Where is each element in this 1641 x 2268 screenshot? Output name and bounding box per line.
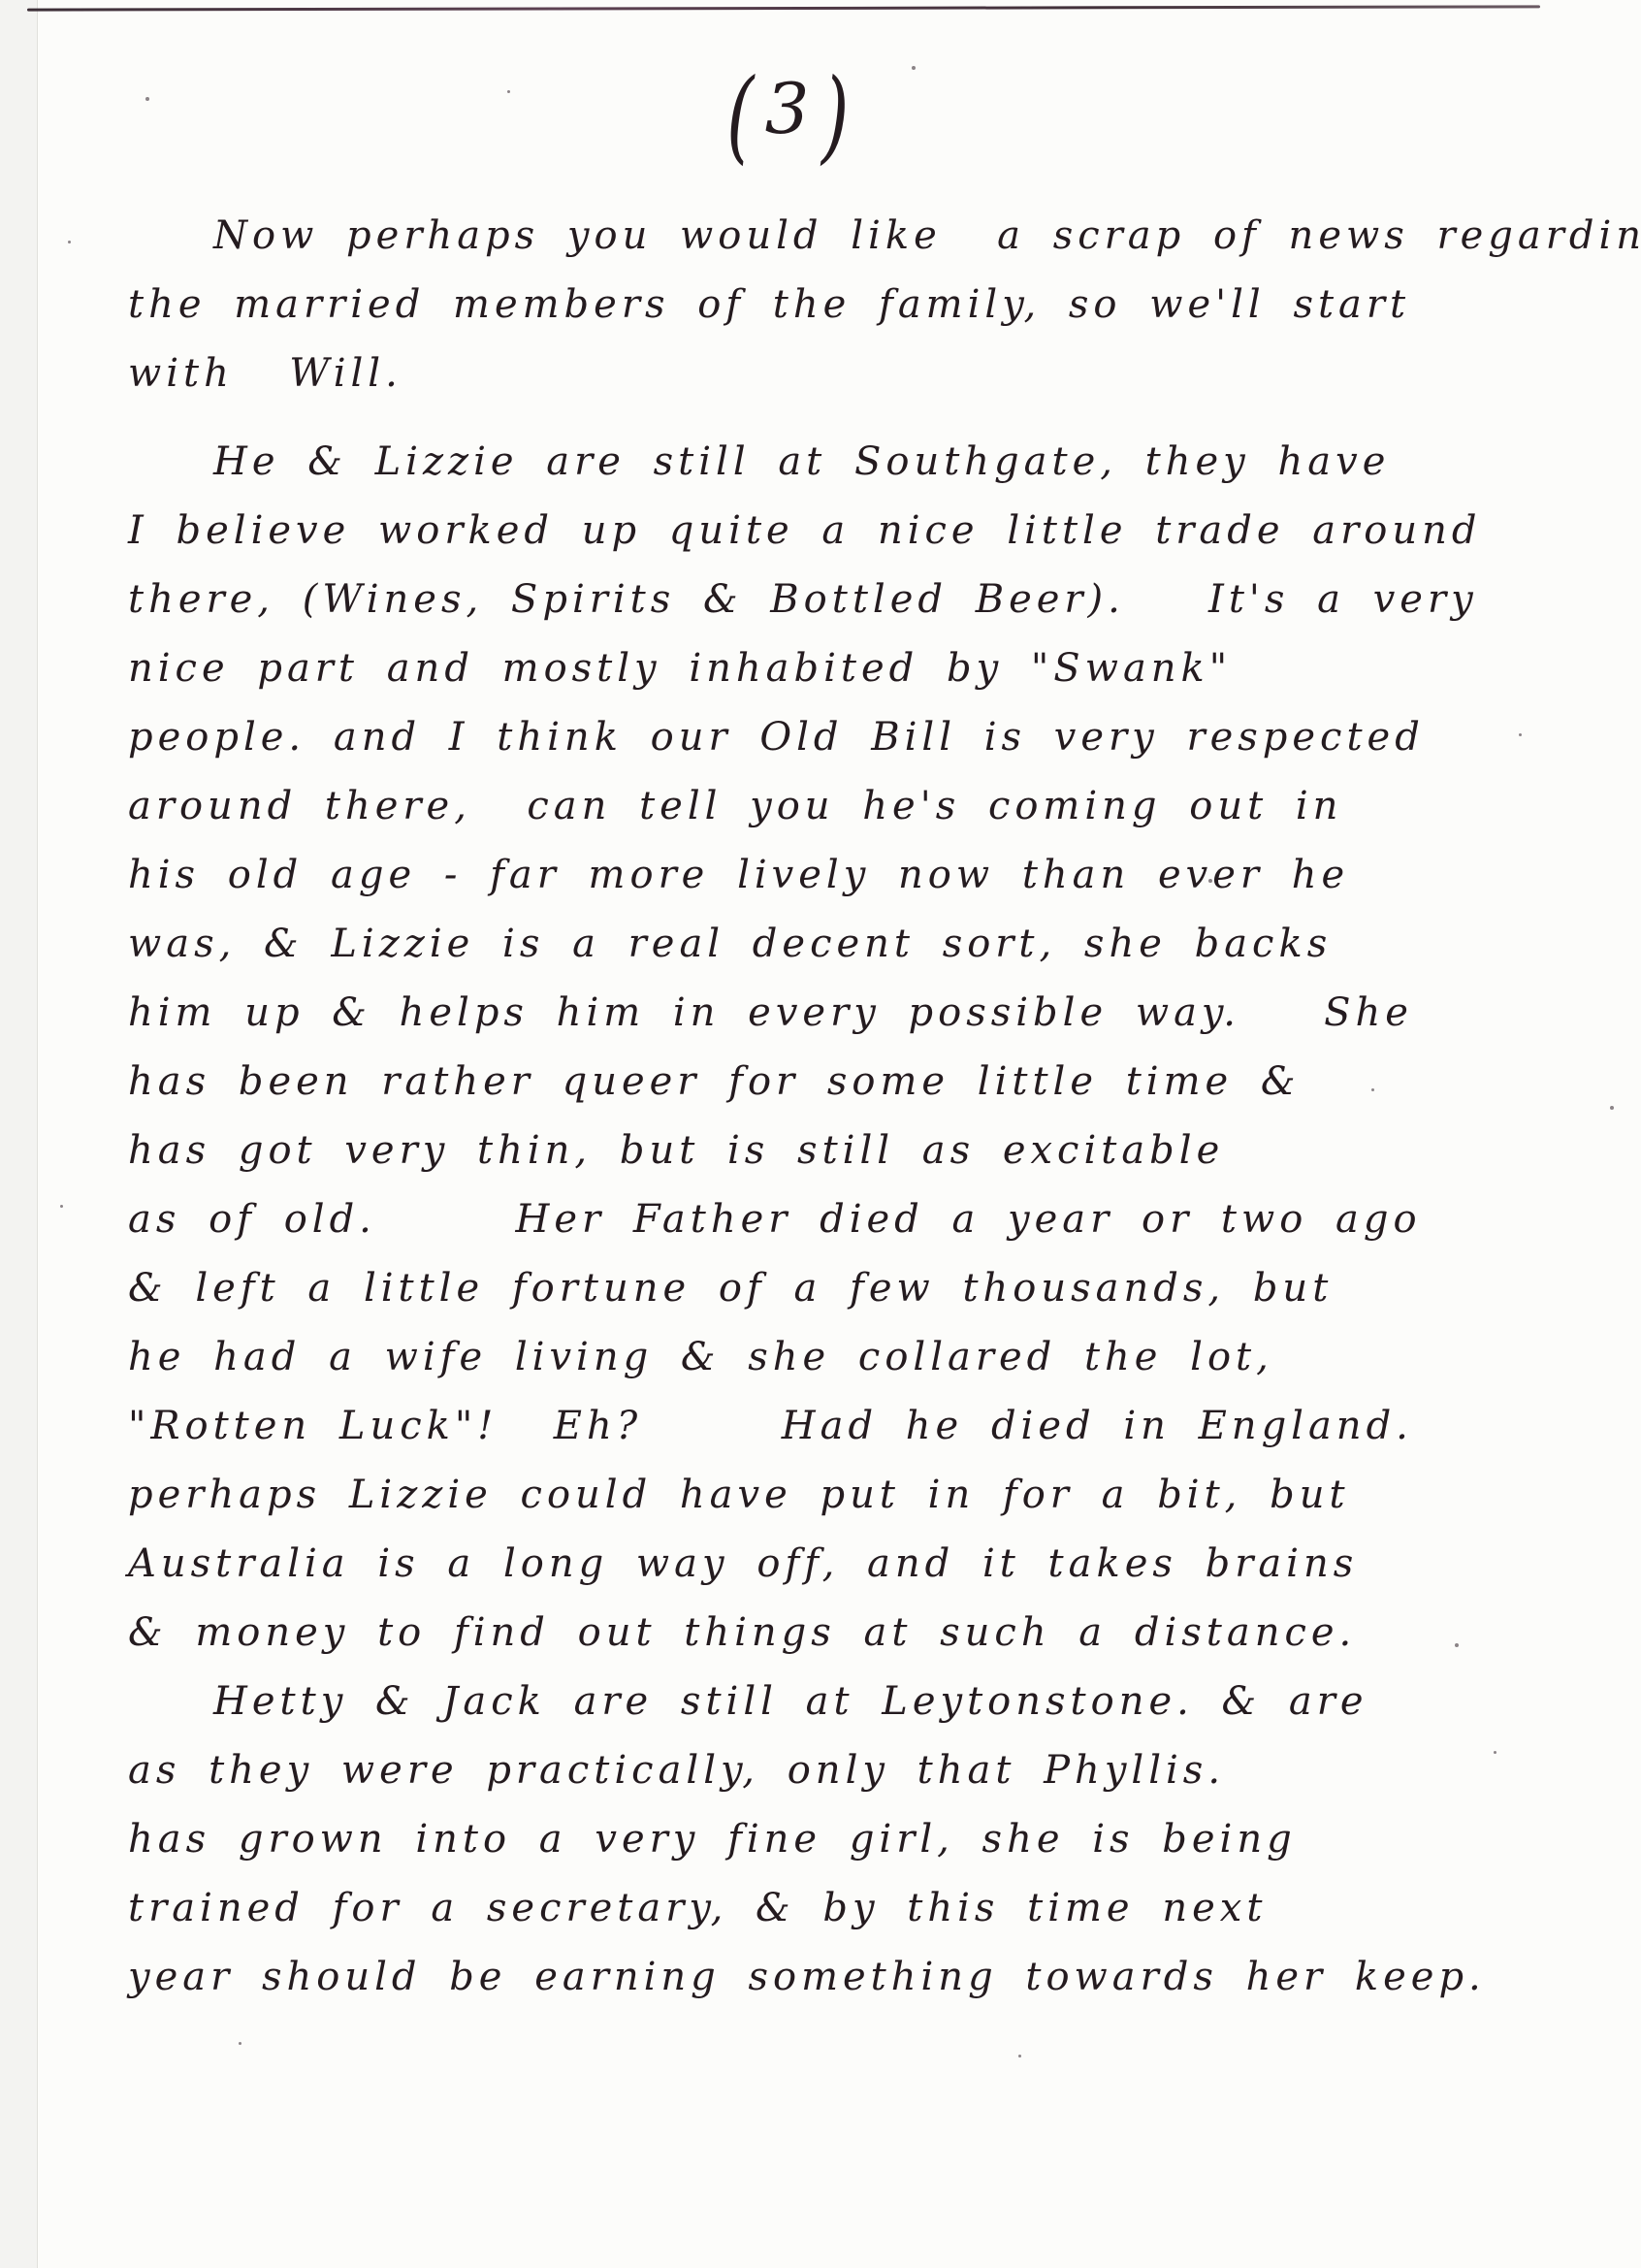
- handwriting-line: trained for a secretary, & by this time …: [128, 1874, 1544, 1943]
- scan-speckle: [1610, 1106, 1614, 1110]
- handwriting-line: with Will.: [128, 340, 1544, 408]
- handwriting-line-text: the married members of the family, so we…: [128, 282, 1410, 327]
- handwriting-line: & money to find out things at such a dis…: [128, 1599, 1544, 1668]
- handwriting-line-text: perhaps Lizzie could have put in for a b…: [128, 1473, 1350, 1517]
- handwriting-line: the married members of the family, so we…: [128, 271, 1544, 340]
- scan-speckle: [60, 1205, 63, 1208]
- handwriting-line: has been rather queer for some little ti…: [128, 1048, 1544, 1117]
- handwriting-line-text: he had a wife living & she collared the …: [128, 1335, 1273, 1379]
- handwriting-line-text: his old age - far more lively now than e…: [128, 853, 1349, 897]
- handwriting-line: I believe worked up quite a nice little …: [128, 497, 1544, 566]
- handwriting-line-text: has grown into a very fine girl, she is …: [128, 1817, 1297, 1862]
- handwriting-line: year should be earning something towards…: [128, 1943, 1544, 2012]
- scan-speckle: [239, 2042, 241, 2045]
- scan-speckle: [1208, 879, 1212, 883]
- scan-speckle: [1018, 2055, 1021, 2057]
- handwriting-line: as they were practically, only that Phyl…: [128, 1736, 1544, 1805]
- scan-speckle: [68, 241, 71, 243]
- handwriting-line: as of old. Her Father died a year or two…: [128, 1185, 1544, 1254]
- page-number: (3): [720, 56, 860, 175]
- handwriting-line: there, (Wines, Spirits & Bottled Beer). …: [128, 566, 1544, 634]
- handwriting-line-text: trained for a secretary, & by this time …: [128, 1886, 1267, 1930]
- handwriting-line-text: & money to find out things at such a dis…: [128, 1610, 1356, 1655]
- handwriting-line: "Rotten Luck"! Eh? Had he died in Englan…: [128, 1392, 1544, 1461]
- scan-speckle: [1494, 1751, 1496, 1754]
- handwriting-line: has grown into a very fine girl, she is …: [128, 1805, 1544, 1874]
- handwriting-line-text: was, & Lizzie is a real decent sort, she…: [128, 922, 1332, 966]
- handwriting-line-text: people. and I think our Old Bill is very…: [128, 715, 1425, 760]
- handwriting-line: has got very thin, but is still as excit…: [128, 1117, 1544, 1185]
- handwriting-line: Hetty & Jack are still at Leytonstone. &…: [128, 1668, 1544, 1736]
- handwriting-line: he had a wife living & she collared the …: [128, 1323, 1544, 1392]
- handwriting-line: & left a little fortune of a few thousan…: [128, 1254, 1544, 1323]
- handwriting-line: around there, can tell you he's coming o…: [128, 772, 1544, 841]
- page-number-value: 3: [765, 68, 816, 149]
- scan-speckle: [145, 97, 149, 101]
- handwriting-line-text: year should be earning something towards…: [128, 1955, 1486, 1999]
- handwriting-line: nice part and mostly inhabited by "Swank…: [128, 634, 1544, 703]
- handwriting-line-text: him up & helps him in every possible way…: [128, 990, 1413, 1035]
- handwriting-line-text: around there, can tell you he's coming o…: [128, 784, 1342, 828]
- handwriting-line: perhaps Lizzie could have put in for a b…: [128, 1461, 1544, 1530]
- handwriting-line-text: with Will.: [128, 351, 402, 396]
- handwriting-line-text: has been rather queer for some little ti…: [128, 1059, 1301, 1104]
- letter-body: Now perhaps you would like a scrap of ne…: [128, 202, 1544, 2012]
- scan-speckle: [1519, 733, 1522, 736]
- scanned-letter-page: (3) Now perhaps you would like a scrap o…: [0, 0, 1641, 2268]
- handwriting-line-text: as they were practically, only that Phyl…: [128, 1748, 1225, 1793]
- handwriting-line-text: Australia is a long way off, and it take…: [128, 1541, 1358, 1586]
- handwriting-line-text: nice part and mostly inhabited by "Swank…: [128, 646, 1232, 691]
- handwriting-line-text: & left a little fortune of a few thousan…: [128, 1266, 1333, 1311]
- scan-speckle: [912, 66, 916, 70]
- scan-speckle: [1371, 1088, 1374, 1091]
- handwriting-line-text: as of old. Her Father died a year or two…: [128, 1197, 1422, 1242]
- handwriting-line: him up & helps him in every possible way…: [128, 979, 1544, 1048]
- handwriting-line-text: has got very thin, but is still as excit…: [128, 1128, 1224, 1173]
- handwriting-line: was, & Lizzie is a real decent sort, she…: [128, 910, 1544, 979]
- page-number-close-paren: ): [821, 56, 853, 175]
- handwriting-line: He & Lizzie are still at Southgate, they…: [128, 428, 1544, 497]
- handwriting-line-text: I believe worked up quite a nice little …: [128, 508, 1481, 553]
- handwriting-line: his old age - far more lively now than e…: [128, 841, 1544, 910]
- handwriting-line-text: Now perhaps you would like a scrap of ne…: [213, 213, 1641, 258]
- handwriting-line-text: He & Lizzie are still at Southgate, they…: [213, 439, 1390, 484]
- scan-speckle: [507, 90, 510, 93]
- page-number-open-paren: (: [726, 56, 758, 175]
- scan-speckle: [1455, 1643, 1459, 1647]
- handwriting-line-text: "Rotten Luck"! Eh? Had he died in Englan…: [128, 1404, 1413, 1448]
- handwriting-line: people. and I think our Old Bill is very…: [128, 703, 1544, 772]
- handwriting-line: Australia is a long way off, and it take…: [128, 1530, 1544, 1599]
- scan-edge-line: [27, 5, 1540, 11]
- handwriting-line: Now perhaps you would like a scrap of ne…: [128, 202, 1544, 271]
- handwriting-line-text: Hetty & Jack are still at Leytonstone. &…: [213, 1679, 1368, 1724]
- paper-left-edge: [0, 0, 38, 2268]
- handwriting-line-text: there, (Wines, Spirits & Bottled Beer). …: [128, 577, 1478, 622]
